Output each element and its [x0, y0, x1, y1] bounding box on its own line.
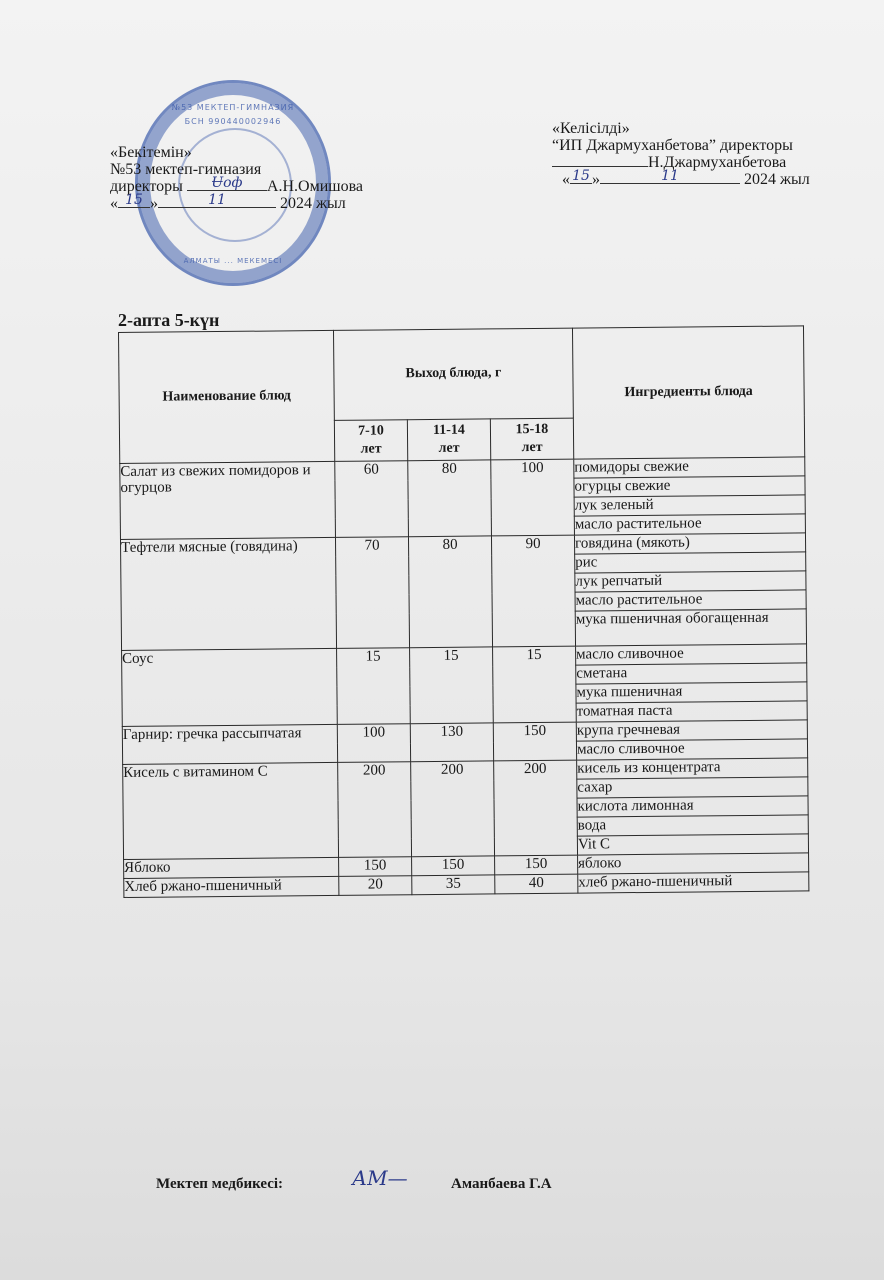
dish-name: Тефтели мясные (говядина): [120, 537, 336, 650]
agreed-signatory-line: Н.Джармуханбетова: [552, 154, 810, 171]
yield-value: 200: [411, 761, 495, 857]
approval-block-left: «Бекітемін» №53 мектеп-гимназия директор…: [110, 144, 363, 212]
ingredient: Vit C: [577, 834, 808, 855]
stamp-text-bottom: АЛМАТЫ ... МЕКЕМЕСІ: [138, 257, 328, 265]
ingredient: масло сливочное: [576, 644, 807, 665]
stamp-text-bin: БСН 990440002946: [138, 117, 328, 126]
approval-role: директоры: [110, 178, 183, 195]
signature: Ʉоф: [211, 175, 242, 192]
ingredient: масло растительное: [575, 590, 806, 611]
approval-block-right: «Келісілді» “ИП Джармуханбетова” директо…: [552, 120, 810, 188]
yield-value: 150: [412, 856, 495, 876]
stamp-text-org: №53 МЕКТЕП-ГИМНАЗИЯ: [138, 103, 328, 112]
page-title: 2-апта 5-күн: [118, 310, 219, 331]
agreed-date-line: «15»11 2024 жыл: [552, 171, 810, 188]
header-yield: Выход блюда, г: [333, 328, 573, 420]
dish-name: Соус: [122, 648, 338, 726]
ingredient: крупа гречневая: [576, 720, 807, 741]
dish-name: Салат из свежих помидоров и огурцов: [120, 461, 336, 539]
yield-value: 200: [338, 762, 412, 858]
yield-value: 200: [494, 760, 578, 856]
yield-value: 15: [410, 647, 494, 724]
dish-name: Хлеб ржано-пшеничный: [124, 876, 339, 897]
yield-value: 80: [408, 460, 492, 537]
yield-value: 15: [337, 648, 411, 725]
yield-value: 150: [339, 857, 412, 877]
header-age-15-18: 15-18лет: [490, 418, 573, 460]
date-day-field: 15: [118, 207, 150, 208]
yield-value: 150: [493, 722, 576, 761]
header-ingredients: Ингредиенты блюда: [572, 326, 804, 459]
approval-date-line: «15»11 2024 жыл: [110, 195, 363, 212]
date-day-field: 15: [570, 183, 592, 184]
agreed-org: “ИП Джармуханбетова” директоры: [552, 137, 810, 154]
menu-table-body: Салат из свежих помидоров и огурцов60801…: [120, 457, 809, 898]
header-dish-name: Наименование блюд: [119, 330, 335, 463]
yield-value: 130: [410, 723, 493, 762]
yield-value: 80: [408, 536, 492, 648]
nurse-name: Аманбаева Г.А: [451, 1176, 552, 1193]
header-age-7-10: 7-10лет: [334, 419, 407, 461]
approval-heading: «Бекітемін»: [110, 144, 363, 161]
ingredient: кисель из концентрата: [577, 758, 808, 779]
yield-value: 100: [491, 459, 575, 536]
ingredient: лук репчатый: [575, 571, 806, 592]
yield-value: 90: [491, 535, 575, 647]
nurse-label: Мектеп медбикесі:: [156, 1176, 283, 1193]
ingredient: сметана: [576, 663, 807, 684]
approval-year: 2024 жыл: [280, 195, 346, 212]
ingredient: сахар: [577, 777, 808, 798]
agreed-year: 2024 жыл: [744, 171, 810, 188]
approval-role-line: директоры ɄофА.Н.Омишова: [110, 178, 363, 195]
menu-table: Наименование блюд Выход блюда, г Ингреди…: [118, 325, 809, 898]
agreed-heading: «Келісілді»: [552, 120, 810, 137]
ingredient: помидоры свежие: [574, 457, 805, 478]
ingredient: огурцы свежие: [574, 476, 805, 497]
signature-line: [552, 166, 648, 167]
ingredient: мука пшеничная: [576, 682, 807, 703]
yield-value: 20: [339, 876, 412, 896]
ingredient: хлеб ржано-пшеничный: [578, 872, 809, 893]
ingredient: томатная паста: [576, 701, 807, 722]
yield-value: 150: [495, 855, 578, 875]
ingredient: масло сливочное: [576, 739, 807, 760]
ingredient: яблоко: [578, 853, 809, 874]
nurse-signature: АМ—: [352, 1166, 408, 1190]
date-month-field: 11: [158, 207, 276, 208]
ingredient: мука пшеничная обогащенная: [575, 609, 806, 646]
yield-value: 40: [495, 874, 578, 894]
yield-value: 35: [412, 875, 495, 895]
yield-value: 60: [335, 461, 409, 538]
dish-name: Яблоко: [124, 857, 339, 878]
header-age-11-14: 11-14лет: [407, 419, 490, 461]
date-month-field: 11: [600, 183, 740, 184]
yield-value: 100: [337, 724, 410, 763]
ingredient: кислота лимонная: [577, 796, 808, 817]
signature-line: Ʉоф: [187, 190, 267, 191]
yield-value: 15: [493, 646, 577, 723]
ingredient: вода: [577, 815, 808, 836]
ingredient: говядина (мякоть): [574, 533, 805, 554]
ingredient: лук зеленый: [574, 495, 805, 516]
dish-name: Гарнир: гречка рассыпчатая: [122, 724, 337, 764]
ingredient: масло растительное: [574, 514, 805, 535]
ingredient: рис: [575, 552, 806, 573]
dish-name: Кисель с витамином С: [123, 762, 339, 859]
yield-value: 70: [335, 537, 409, 649]
approval-signatory: А.Н.Омишова: [267, 178, 363, 195]
